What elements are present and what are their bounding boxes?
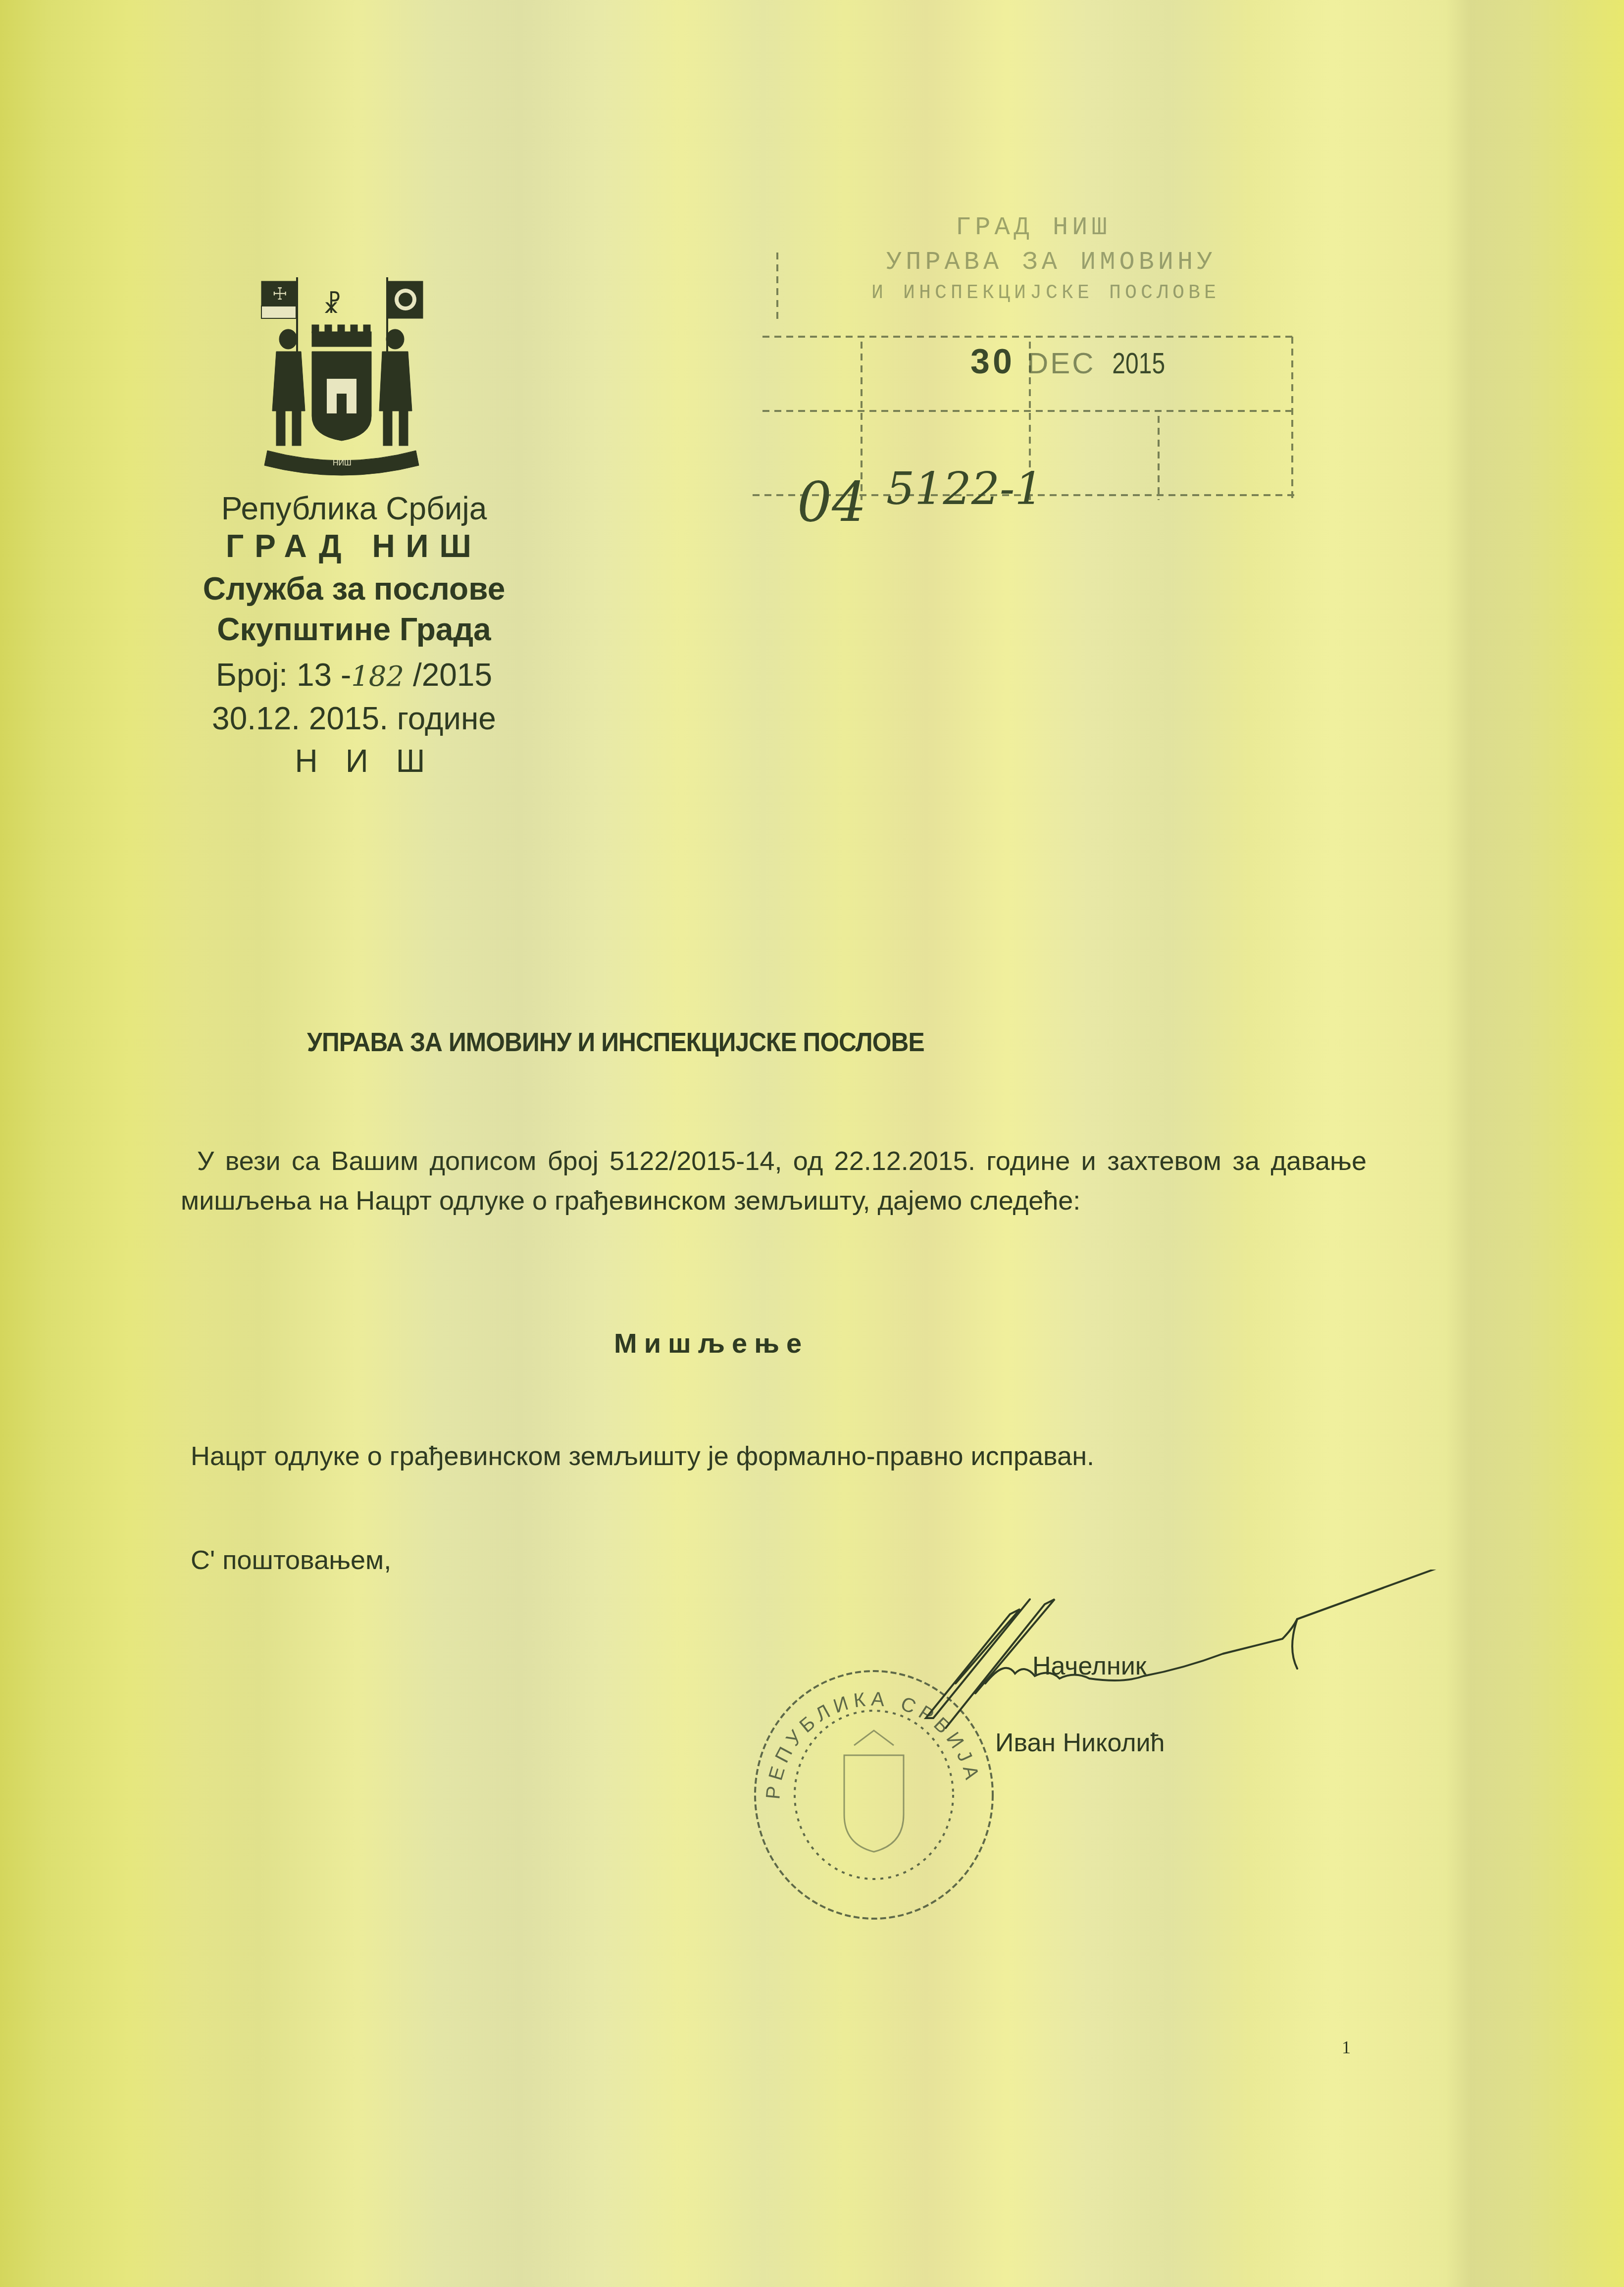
reference-prefix: Број: 13 -	[216, 657, 351, 693]
body-paragraph: У вези са Вашим дописом број 5122/2015-1…	[181, 1141, 1367, 1220]
stamp-faint-line-3: И ИНСПЕКЦИЈСКЕ ПОСЛОВЕ	[871, 282, 1220, 305]
stamp-month: DEC	[1027, 347, 1096, 380]
signatory-name: Иван Николић	[995, 1728, 1165, 1758]
svg-text:НИШ: НИШ	[333, 459, 352, 467]
header-reference-number: Број: 13 -182 /2015	[158, 656, 550, 696]
reference-suffix: /2015	[413, 657, 492, 693]
stamp-date: 30DEC2015	[970, 342, 1171, 381]
signatory-title: Начелник	[1032, 1651, 1146, 1681]
stamp-faint-line-1: ГРАД НИШ	[956, 213, 1111, 242]
recipient-heading: УПРАВА ЗА ИМОВИНУ И ИНСПЕКЦИЈСКЕ ПОСЛОВЕ	[307, 1027, 924, 1058]
header-city: ГРАД НИШ	[158, 527, 550, 565]
closing-salutation: С' поштовањем,	[191, 1545, 391, 1575]
header-date: 30.12. 2015. године	[158, 699, 550, 738]
reference-handwritten-number: 182	[351, 661, 404, 693]
stamp-file-number: 5122-1	[886, 463, 1043, 515]
header-service-line-2: Скупштине Града	[158, 610, 550, 649]
registry-stamp: ГРАД НИШ УПРАВА ЗА ИМОВИНУ И ИНСПЕКЦИЈСК…	[748, 193, 1302, 520]
svg-text:☧: ☧	[323, 291, 342, 319]
stamp-day: 30	[970, 342, 1015, 381]
opinion-title: Мишљење	[614, 1327, 809, 1359]
stamp-org-code: 04	[797, 470, 866, 534]
coat-of-arms-icon: ☩ ☧ НИШ	[257, 277, 426, 485]
opinion-text: Нацрт одлуке о грађевинском земљишту је …	[191, 1441, 1094, 1472]
header-place: НИШ	[158, 742, 569, 780]
handwritten-signature	[866, 1570, 1471, 1787]
page-number: 1	[1342, 2037, 1351, 2058]
stamp-faint-line-2: УПРАВА ЗА ИМОВИНУ	[886, 248, 1217, 277]
stamp-year: 2015	[1112, 346, 1165, 380]
header-country: Република Србија	[158, 489, 550, 528]
header-service-line-1: Служба за послове	[158, 569, 550, 608]
svg-text:☩: ☩	[272, 285, 287, 304]
